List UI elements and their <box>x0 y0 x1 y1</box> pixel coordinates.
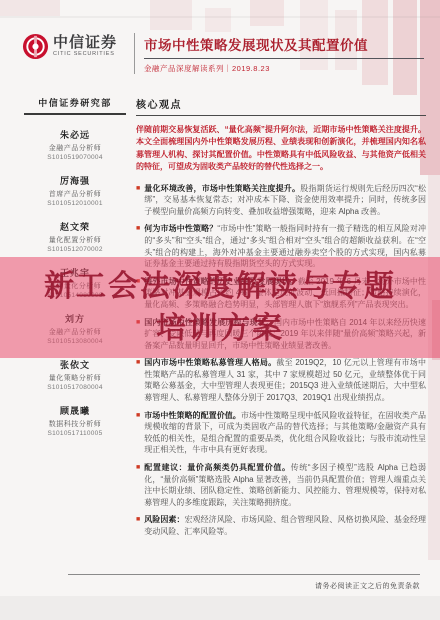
overlay-title-line2: 培训方案 <box>156 308 284 349</box>
analyst-role: 金融产品分析师 <box>24 143 126 153</box>
analyst-license: S1010519070004 <box>24 154 126 161</box>
bullet-icon: ■ <box>136 514 140 537</box>
analyst-role: 量化策略分析师 <box>24 373 126 383</box>
brand-name-cn: 中信证券 <box>53 35 117 50</box>
bullet-item: ■ 市场中性策略的配置价值。市场中性策略呈现中低风险收益特征，在固收类产品规模收… <box>136 410 426 456</box>
title-block: 市场中性策略发展现状及其配置价值 金融产品深度解读系列｜2019.8.23 <box>134 33 424 74</box>
page-footer: 请务必阅读正文之后的免责条款 <box>68 574 420 593</box>
report-header: 中信证券 CITIC SECURITIES 市场中性策略发展现状及其配置价值 金… <box>22 33 424 74</box>
analyst-role: 首席产品分析师 <box>24 189 126 199</box>
overlay-title-line1: 新工会法深度解读与专题 <box>44 266 396 307</box>
analyst-name: 朱必远 <box>24 128 126 141</box>
bullet-lead: 配置建议：量价高频类仍具配置价值。 <box>144 463 290 472</box>
analyst-license: S1010517110005 <box>24 430 126 437</box>
analyst-name: 顾晟曦 <box>24 404 126 417</box>
section-title: 核心观点 <box>136 96 426 116</box>
analyst-entry: 张依文 量化策略分析师 S1010517080004 <box>24 358 126 391</box>
building-shape <box>250 0 284 26</box>
bullet-lead: 市场中性策略的配置价值。 <box>144 411 241 420</box>
building-shape <box>205 8 231 32</box>
analyst-license: S1010512070002 <box>24 246 126 253</box>
citic-logo-icon <box>22 33 49 60</box>
building-shape <box>428 175 440 560</box>
analyst-name: 赵文荣 <box>24 220 126 233</box>
building-shape <box>0 16 440 18</box>
brand-name-en: CITIC SECURITIES <box>53 52 117 58</box>
bullet-lead: 风险因素： <box>144 515 184 524</box>
analyst-entry: 朱必远 金融产品分析师 S1010519070004 <box>24 128 126 161</box>
analyst-role: 量化配置分析师 <box>24 235 126 245</box>
summary-paragraph: 伴随前期交易恢复活跃、“量化高频”提升阿尔法，近期市场中性策略关注度提升。本文全… <box>136 124 426 174</box>
building-shape <box>0 0 60 16</box>
bullet-icon: ■ <box>136 410 140 456</box>
analyst-role: 数据科技分析师 <box>24 419 126 429</box>
analyst-name: 张依文 <box>24 358 126 371</box>
analyst-entry: 顾晟曦 数据科技分析师 S1010517110005 <box>24 404 126 437</box>
bullet-lead: 何为市场中性策略？ <box>144 224 217 233</box>
bullet-icon: ■ <box>136 357 140 403</box>
analyst-name: 厉海强 <box>24 174 126 187</box>
bullet-item: ■ 配置建议：量价高频类仍具配置价值。传统“多因子模型”选股 Alpha 已趋弱… <box>136 462 426 508</box>
bullet-item: ■ 风险因素：宏观经济风险、市场风险、组合管理风险、风格切换风险、基金经理变动风… <box>136 514 426 537</box>
series-subtitle: 金融产品深度解读系列｜2019.8.23 <box>144 63 424 74</box>
report-title: 市场中性策略发展现状及其配置价值 <box>144 34 424 54</box>
promo-overlay-banner: 新工会法深度解读与专题 培训方案 <box>0 257 440 358</box>
bullet-lead: 国内市场中性策略私募管理人格局。 <box>144 358 276 367</box>
citic-logo: 中信证券 CITIC SECURITIES <box>22 33 128 60</box>
bullet-icon: ■ <box>136 462 140 508</box>
building-shape <box>0 596 440 620</box>
disclaimer-text: 请务必阅读正文之后的免责条款 <box>315 583 420 590</box>
bullet-icon: ■ <box>136 183 140 218</box>
analyst-license: S1010512010001 <box>24 200 126 207</box>
analyst-entry: 厉海强 首席产品分析师 S1010512010001 <box>24 174 126 207</box>
title-divider <box>144 58 424 59</box>
analyst-entry: 赵文荣 量化配置分析师 S1010512070002 <box>24 220 126 253</box>
sidebar-title: 中信证券研究部 <box>24 96 126 115</box>
bullet-text: 宏观经济风险、市场风险、组合管理风险、风格切换风险、基金经理变动风险、汇率风险等… <box>144 515 426 536</box>
bullet-item: ■ 国内市场中性策略私募管理人格局。截至 2019Q2，10 亿元以上管理有市场… <box>136 357 426 403</box>
building-shape <box>150 0 192 30</box>
bullet-item: ■ 量化环境改善，市场中性策略关注度提升。股指期货运行规则先后经历四次“松绑”，… <box>136 183 426 218</box>
analyst-license: S1010517080004 <box>24 384 126 391</box>
bullet-lead: 量化环境改善，市场中性策略关注度提升。 <box>144 184 300 193</box>
